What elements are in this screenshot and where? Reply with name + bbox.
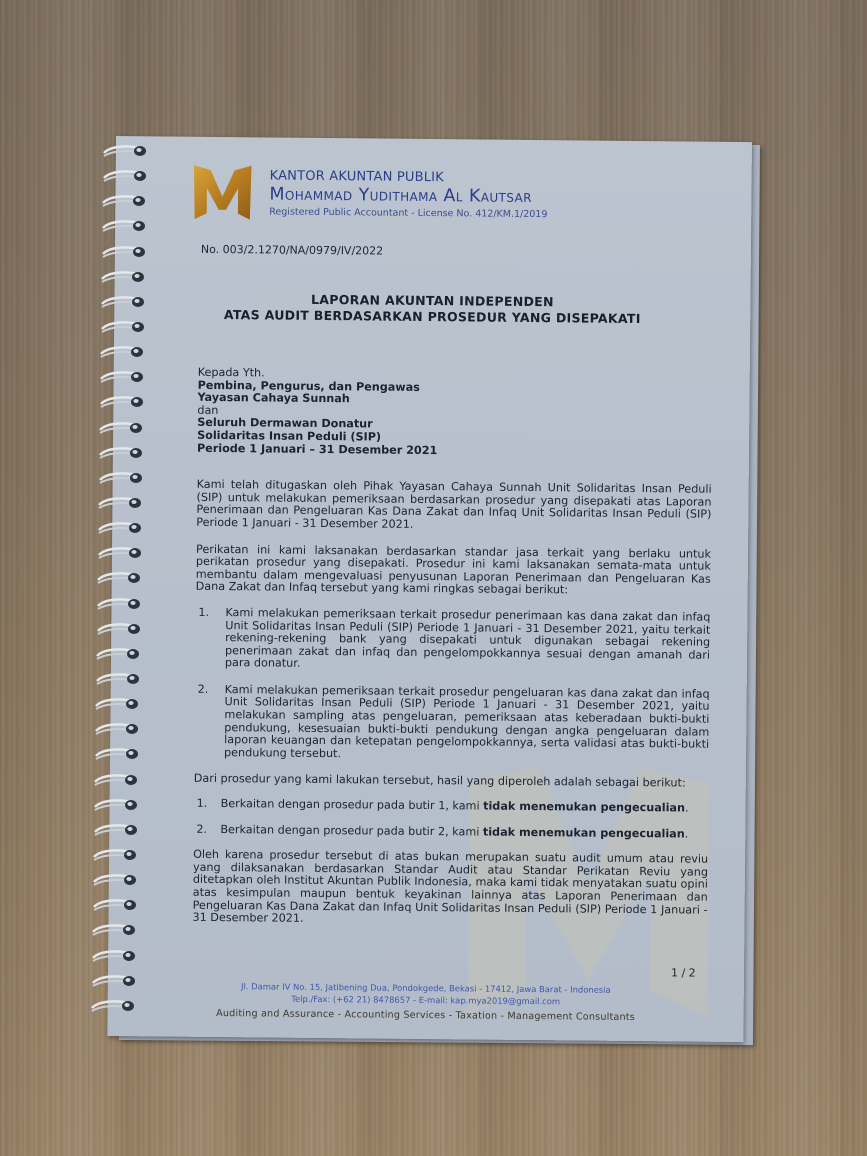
- result-number: 2.: [193, 823, 220, 836]
- binding-ring-icon: [91, 949, 137, 963]
- binding-ring-icon: [100, 270, 146, 284]
- addressee-block: Kepada Yth. Pembina, Pengurus, dan Penga…: [197, 367, 713, 460]
- binding-ring-icon: [95, 647, 141, 661]
- binding-ring-icon: [98, 421, 144, 435]
- binding-ring-icon: [102, 144, 148, 158]
- binding-ring-icon: [102, 169, 148, 183]
- binding-ring-icon: [100, 320, 146, 334]
- result-text: Berkaitan dengan prosedur pada butir 1, …: [221, 798, 689, 815]
- gold-m-logo-icon: [191, 163, 254, 224]
- binding-ring-icon: [99, 370, 145, 384]
- procedure-number: 1.: [195, 607, 226, 670]
- binding-ring-icon: [92, 848, 138, 862]
- binding-ring-icon: [94, 747, 140, 761]
- binding-ring-icon: [96, 622, 142, 636]
- binding-ring-icon: [101, 194, 147, 208]
- letter-body: Kepada Yth. Pembina, Pengurus, dan Penga…: [192, 367, 712, 930]
- binding-ring-icon: [91, 974, 137, 988]
- procedure-item: 1. Kami melakukan pemeriksaan terkait pr…: [195, 607, 711, 675]
- paragraph-engagement: Kami telah ditugaskan oleh Pihak Yayasan…: [196, 479, 711, 534]
- binding-ring-icon: [96, 571, 142, 585]
- footer-services: Auditing and Assurance - Accounting Serv…: [108, 1007, 744, 1024]
- paragraph-scope: Perikatan ini kami laksanakan berdasarka…: [196, 543, 711, 598]
- binding-ring-icon: [98, 446, 144, 460]
- firm-name: Mohammad Yudithama Al Kautsar: [269, 184, 547, 207]
- binding-ring-icon: [95, 672, 141, 686]
- result-emphasis: tidak menemukan pengecualian: [483, 825, 685, 840]
- firm-license: Registered Public Accountant - License N…: [269, 206, 547, 220]
- binding-ring-icon: [97, 496, 143, 510]
- procedure-number: 2.: [194, 684, 225, 760]
- procedure-text: Kami melakukan pemeriksaan terkait prose…: [224, 684, 710, 764]
- report-title: LAPORAN AKUNTAN INDEPENDEN ATAS AUDIT BE…: [114, 290, 750, 328]
- binding-ring-icon: [93, 798, 139, 812]
- binding-ring-icon: [101, 219, 147, 233]
- reference-number: No. 003/2.1270/NA/0979/IV/2022: [201, 243, 383, 258]
- binding-ring-icon: [94, 722, 140, 736]
- binding-ring-icon: [96, 597, 142, 611]
- firm-type: KANTOR AKUNTAN PUBLIK: [270, 168, 548, 186]
- result-prefix: Berkaitan dengan prosedur pada butir 1, …: [221, 797, 484, 813]
- binding-ring-icon: [92, 873, 138, 887]
- results-intro: Dari prosedur yang kami lakukan tersebut…: [194, 773, 709, 791]
- binding-ring-icon: [93, 773, 139, 787]
- letterhead-footer: Jl. Damar IV No. 15, Jatibening Dua, Pon…: [108, 979, 744, 1024]
- binding-ring-icon: [98, 471, 144, 485]
- binding-ring-icon: [94, 697, 140, 711]
- result-text: Berkaitan dengan prosedur pada butir 2, …: [220, 824, 688, 841]
- procedures-list: 1. Kami melakukan pemeriksaan terkait pr…: [194, 607, 710, 764]
- document-page: KANTOR AKUNTAN PUBLIK Mohammad Yudithama…: [107, 136, 752, 1042]
- binding-ring-icon: [97, 546, 143, 560]
- result-emphasis: tidak menemukan pengecualian: [483, 800, 685, 815]
- binding-ring-icon: [97, 521, 143, 535]
- paragraph-disclaimer: Oleh karena prosedur tersebut di atas bu…: [192, 849, 708, 930]
- binding-ring-icon: [99, 345, 145, 359]
- binding-ring-icon: [99, 395, 145, 409]
- binding-ring-icon: [100, 295, 146, 309]
- letterhead: KANTOR AKUNTAN PUBLIK Mohammad Yudithama…: [191, 163, 548, 226]
- spiral-binding: [96, 140, 148, 1040]
- binding-ring-icon: [90, 999, 136, 1013]
- result-number: 1.: [194, 798, 221, 811]
- result-item: 1. Berkaitan dengan prosedur pada butir …: [194, 798, 709, 816]
- binding-ring-icon: [93, 823, 139, 837]
- page-number: 1 / 2: [671, 966, 696, 979]
- results-list: 1. Berkaitan dengan prosedur pada butir …: [193, 798, 708, 841]
- procedure-item: 2. Kami melakukan pemeriksaan terkait pr…: [194, 684, 710, 765]
- result-suffix: .: [685, 802, 689, 815]
- binding-ring-icon: [101, 245, 147, 259]
- result-item: 2. Berkaitan dengan prosedur pada butir …: [193, 823, 708, 841]
- result-suffix: .: [685, 827, 689, 840]
- binding-ring-icon: [91, 923, 137, 937]
- result-prefix: Berkaitan dengan prosedur pada butir 2, …: [220, 823, 483, 839]
- procedure-text: Kami melakukan pemeriksaan terkait prose…: [225, 607, 711, 675]
- binding-ring-icon: [92, 898, 138, 912]
